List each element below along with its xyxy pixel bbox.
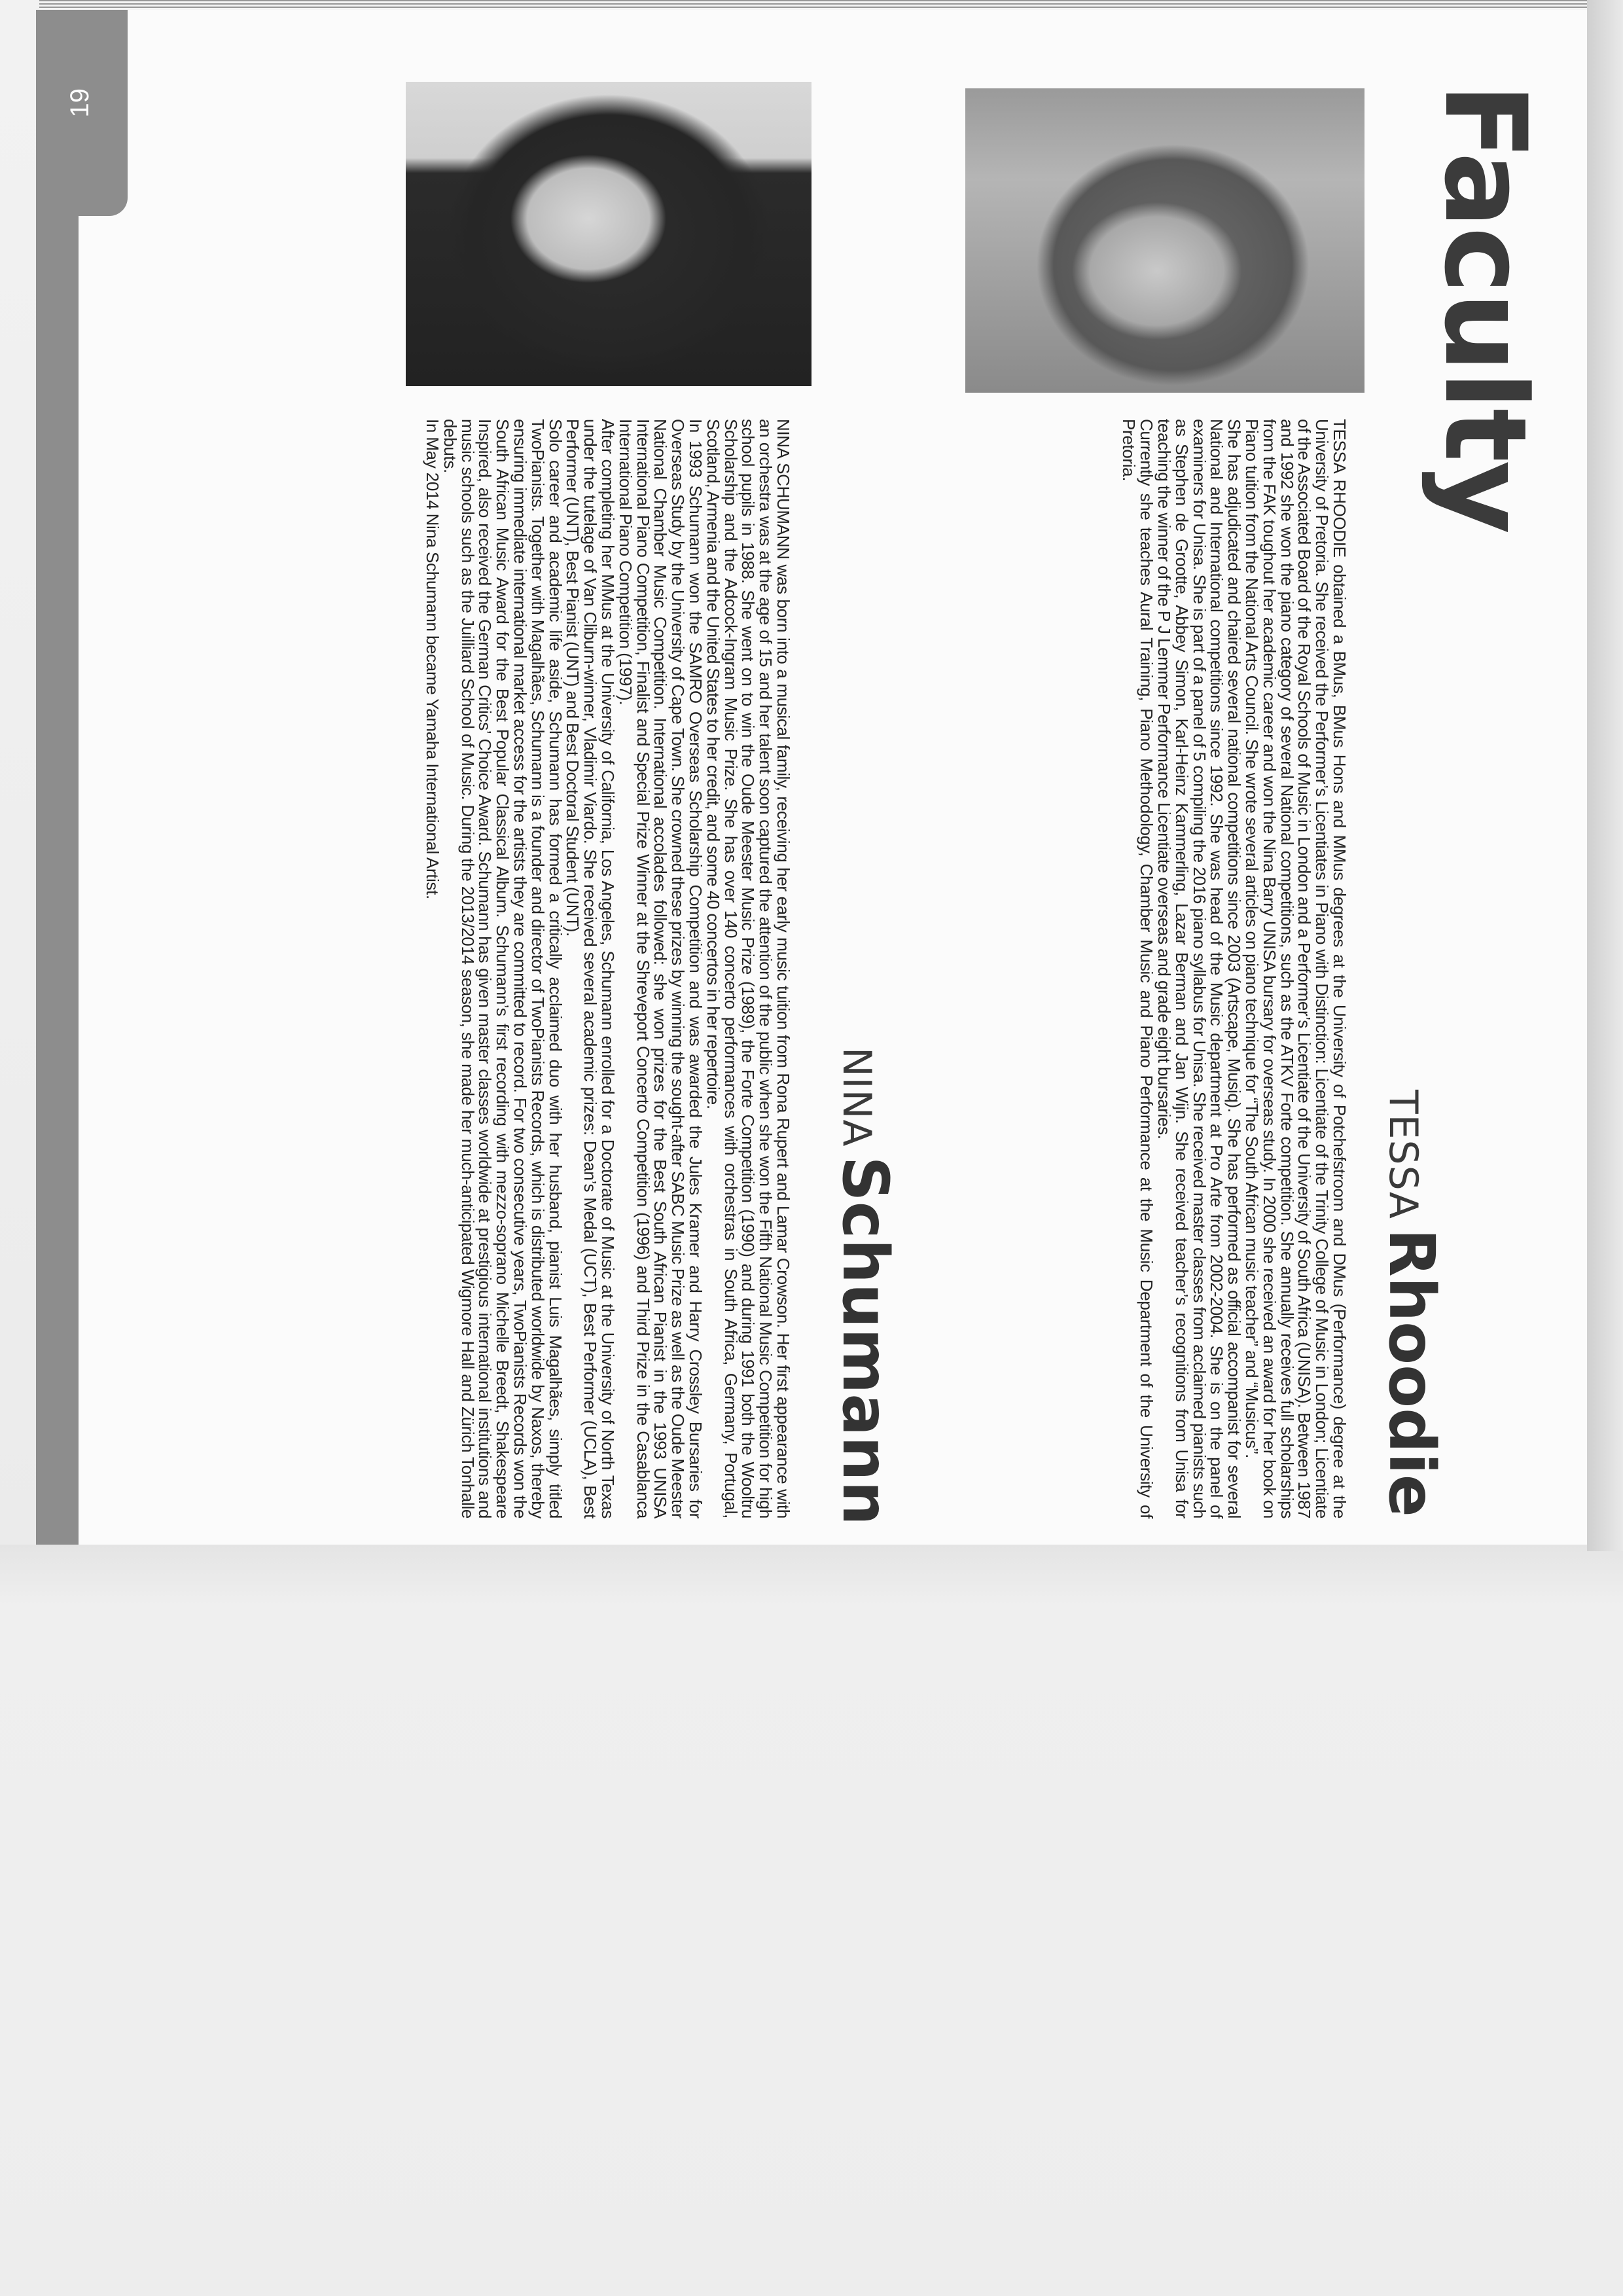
bio-paragraph: She has adjudicated and chaired several …	[1155, 419, 1243, 1518]
section-title: Faculty	[1429, 83, 1541, 533]
faculty-bio: NINA SCHUMANN was born into a musical fa…	[423, 419, 792, 1518]
faculty-first-name: NINA	[834, 1047, 880, 1147]
faculty-name-heading: NINASchumann	[834, 1047, 897, 1526]
faculty-last-name: Schumann	[829, 1157, 902, 1526]
faculty-name-heading: TESSARhoodie	[1380, 1090, 1443, 1517]
faculty-first-name: TESSA	[1380, 1090, 1426, 1219]
bio-paragraph: NINA SCHUMANN was born into a musical fa…	[704, 419, 792, 1518]
page-number: 19	[65, 88, 95, 118]
scanner-background	[0, 1545, 1623, 2296]
page-number-tab: 19	[36, 10, 128, 216]
portrait-photo-tessa-rhoodie	[965, 88, 1364, 393]
side-color-strip	[36, 10, 79, 1545]
bio-paragraph: In 1993 Schumann won the SAMRO Overseas …	[616, 419, 704, 1518]
faculty-bio: TESSA RHOODIE obtained a BMus, BMus Hons…	[1120, 419, 1348, 1518]
bio-paragraph: After completing her MMus at the Univers…	[564, 419, 616, 1518]
bio-paragraph: TESSA RHOODIE obtained a BMus, BMus Hons…	[1243, 419, 1348, 1518]
portrait-photo-nina-schumann	[406, 82, 811, 386]
page-stack-edges	[39, 0, 1597, 10]
bio-paragraph: Solo career and academic life aside, Sch…	[441, 419, 564, 1518]
brochure-page: 19 Faculty TESSARhoodie TESSA RHOODIE ob…	[36, 10, 1587, 1545]
page-edge-shadow	[1587, 0, 1623, 1551]
faculty-last-name: Rhoodie	[1375, 1229, 1448, 1517]
bio-paragraph: In May 2014 Nina Schumann became Yamaha …	[423, 419, 441, 1518]
bio-paragraph: Currently she teaches Aural Training, Pi…	[1120, 419, 1156, 1518]
